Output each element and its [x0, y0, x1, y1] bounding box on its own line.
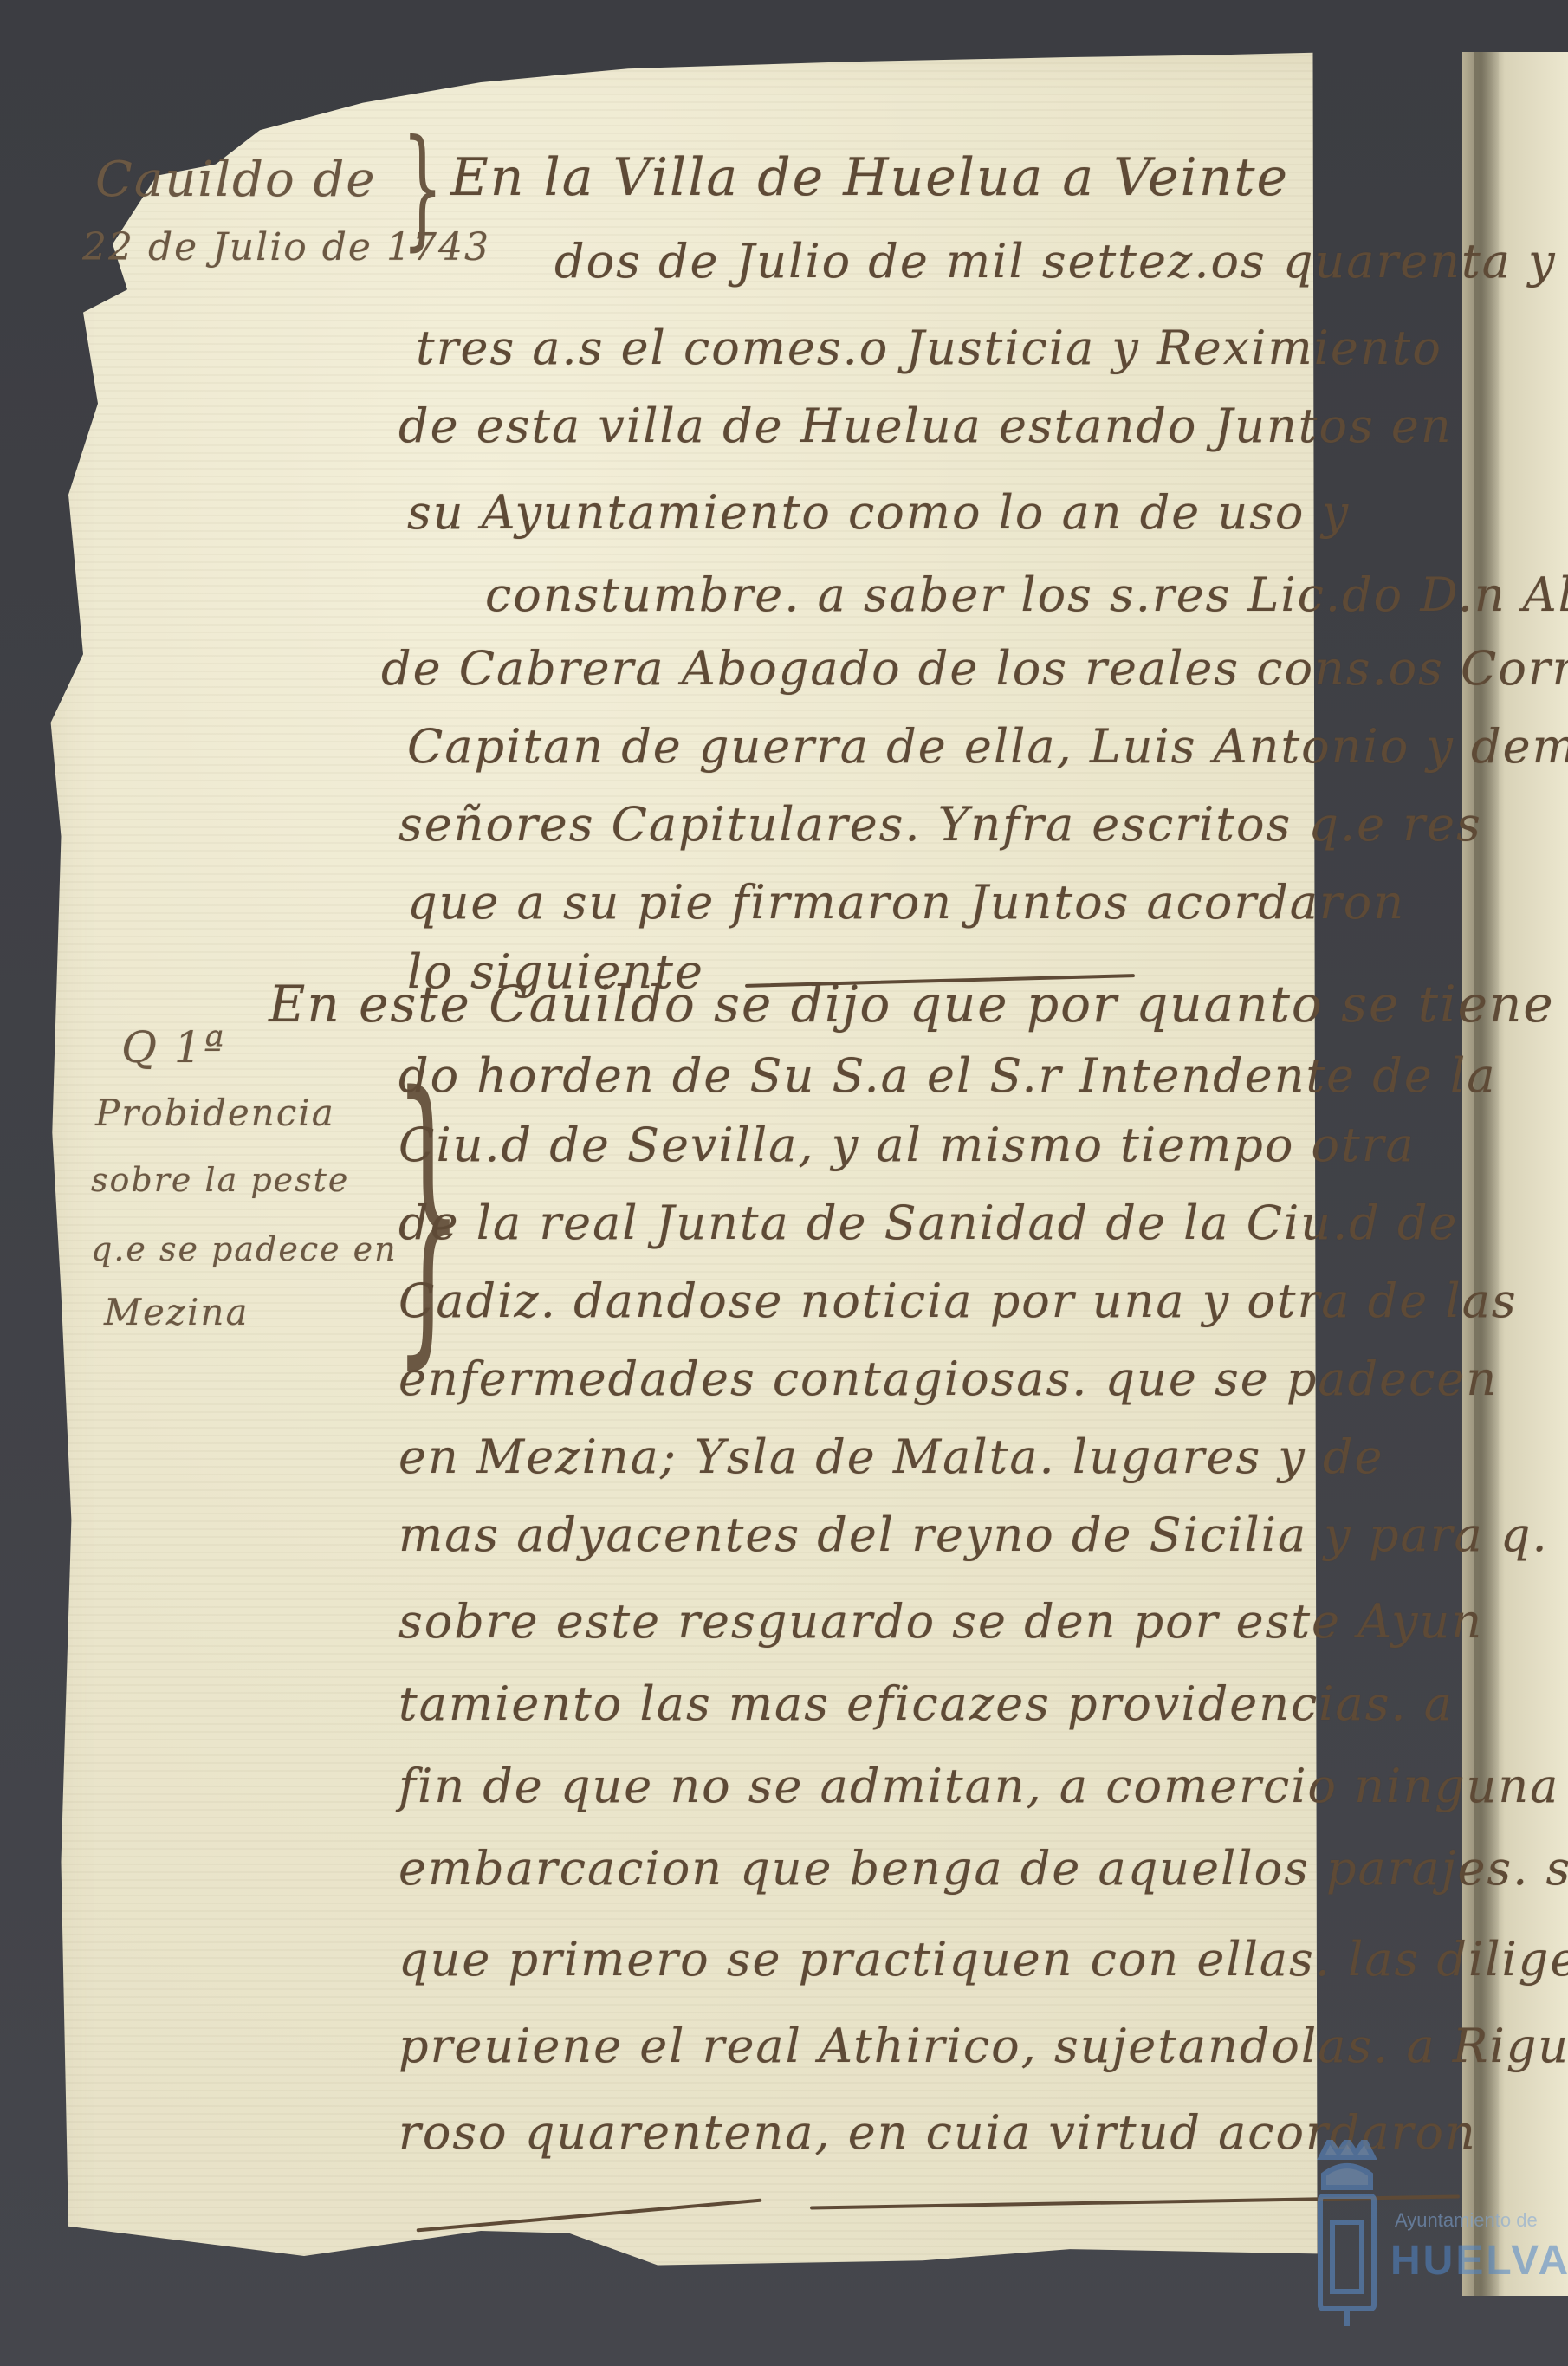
body-line-18: en Mezina; Ysla de Malta. lugares y de	[398, 1429, 1384, 1484]
margin-note-line5: Mezina	[104, 1291, 249, 1333]
body-line-5: su Ayuntamiento como lo an de uso y	[407, 485, 1350, 540]
archive-watermark: Ayuntamiento de HUELVA	[1291, 2183, 1551, 2356]
coat-of-arms-icon	[1308, 2140, 1386, 2330]
body-line-8: Capitan de guerra de ella, Luis Antonio …	[407, 719, 1568, 774]
body-line-16: Cadiz. dandose noticia por una y otra de…	[398, 1274, 1518, 1328]
margin-note-line3: sobre la peste	[91, 1161, 349, 1199]
body-line-23: embarcacion que benga de aquellos paraje…	[398, 1841, 1568, 1896]
body-line-10: que a su pie firmaron Juntos acordaron	[407, 875, 1405, 930]
body-line-2: dos de Julio de mil settez.os quarenta y	[554, 234, 1557, 288]
body-line-4: de esta villa de Huelua estando Juntos e…	[398, 399, 1453, 453]
body-line-15: de la real Junta de Sanidad de la Ciu.d …	[398, 1196, 1459, 1250]
body-line-20: sobre este resguardo se den por este Ayu…	[398, 1594, 1483, 1649]
margin-heading-line1: Cauildo de	[95, 152, 376, 208]
body-line-17: enfermedades contagiosas. que se padecen	[398, 1352, 1498, 1406]
body-line-9: señores Capitulares. Ynfra escritos q.e …	[398, 797, 1482, 852]
body-line-24: que primero se practiquen con ellas. las…	[398, 1932, 1568, 1987]
body-line-1: En la Villa de Huelua a Veinte	[450, 147, 1289, 208]
body-line-12: En este Cauildo se dijo que por quanto s…	[269, 975, 1555, 1034]
body-line-7: de Cabrera Abogado de los reales cons.os…	[381, 641, 1568, 696]
watermark-line1: Ayuntamiento de	[1395, 2209, 1538, 2232]
body-line-14: Ciu.d de Sevilla, y al mismo tiempo otra	[398, 1118, 1416, 1172]
body-line-6: constumbre. a saber los s.res Lic.do D.n…	[485, 567, 1568, 622]
body-line-19: mas adyacentes del reyno de Sicilia y pa…	[398, 1507, 1549, 1562]
margin-note-line2: Probidencia	[95, 1092, 335, 1134]
watermark-line2: HUELVA	[1390, 2237, 1568, 2285]
margin-brace: }	[402, 113, 444, 263]
body-line-21: tamiento las mas eficazes providencias. …	[398, 1676, 1454, 1731]
body-line-3: tres a.s el comes.o Justicia y Reximient…	[416, 321, 1442, 375]
body-line-22: fin de que no se admitan, a comercio nin…	[398, 1759, 1559, 1813]
body-line-25: preuiene el real Athirico, sujetandolas.…	[398, 2019, 1568, 2073]
margin-note-line4: q.e se padece en	[91, 1230, 398, 1268]
margin-note-line1: Q 1ª	[121, 1022, 225, 1073]
body-line-13: do horden de Su S.a el S.r Intendente de…	[398, 1048, 1496, 1103]
